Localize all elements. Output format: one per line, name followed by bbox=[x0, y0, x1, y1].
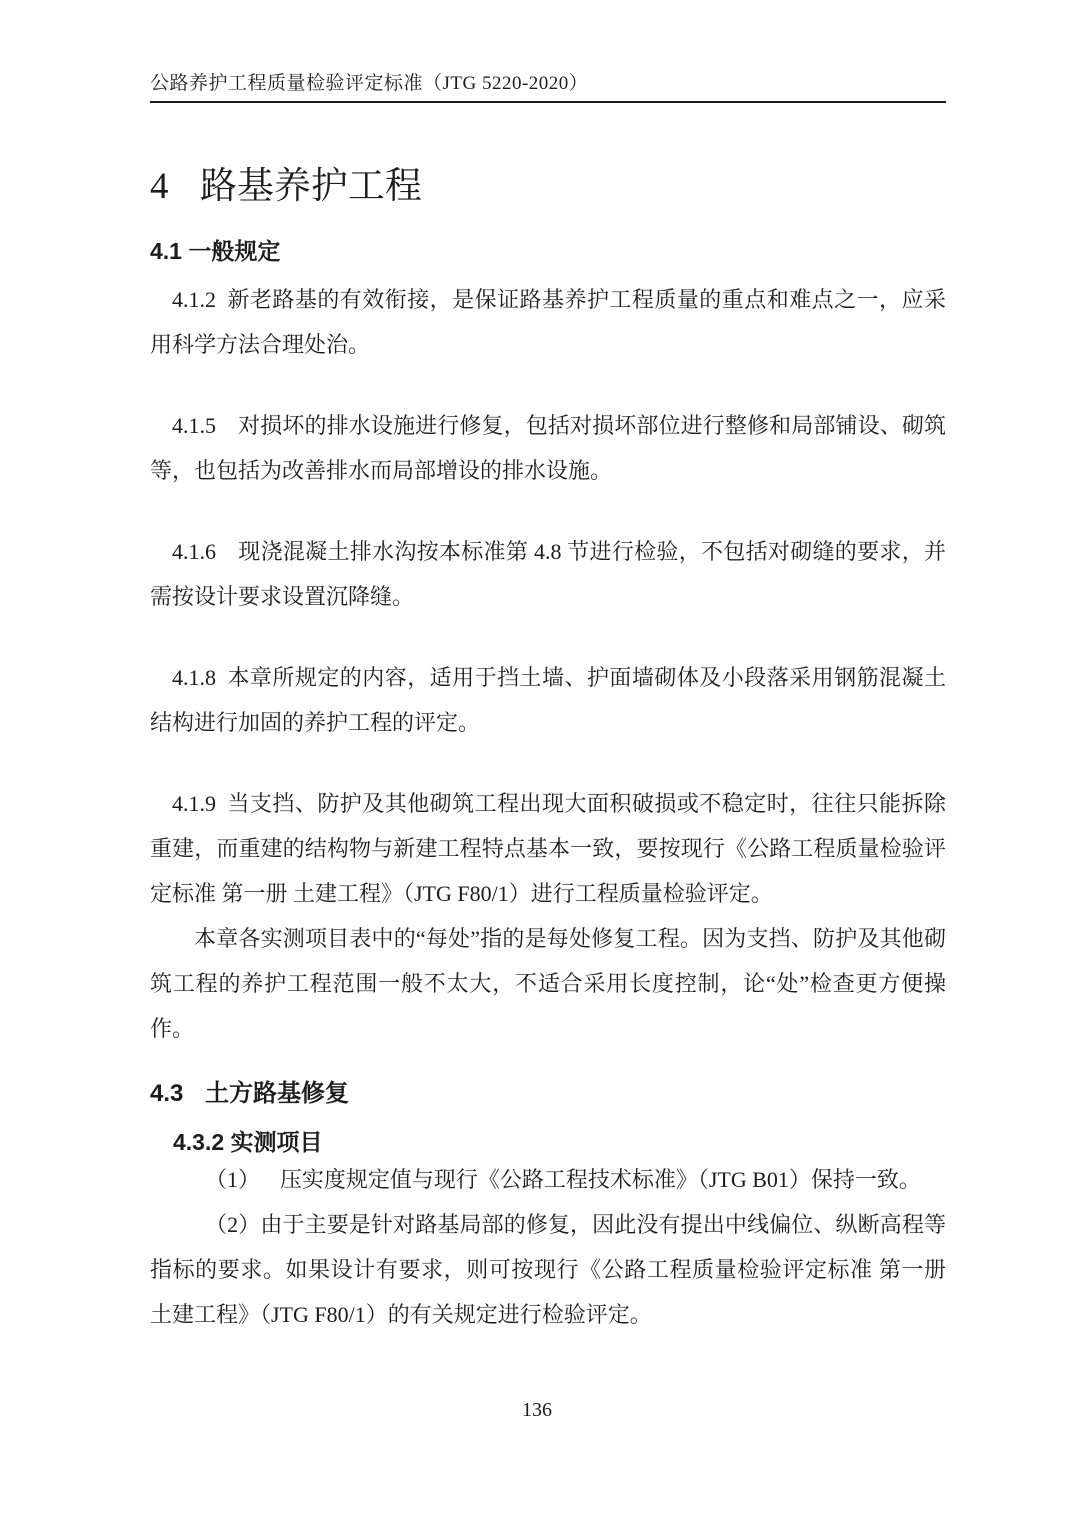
list-item-text: 由于主要是针对路基局部的修复，因此没有提出中线偏位、纵断高程等指标的要求。如果设… bbox=[150, 1212, 946, 1327]
section-heading-4-1: 4.1 一般规定 bbox=[150, 237, 946, 265]
section-heading-4-3: 4.3土方路基修复 bbox=[150, 1079, 946, 1109]
clause-text: 当支挡、防护及其他砌筑工程出现大面积破损或不稳定时，往往只能拆除重建，而重建的结… bbox=[150, 791, 946, 906]
list-item-marker: （2） bbox=[205, 1212, 260, 1237]
page-number: 136 bbox=[0, 1398, 1074, 1422]
section-number: 4.3 bbox=[150, 1080, 183, 1107]
page-content: 公路养护工程质量检验评定标准（JTG 5220-2020） 4路基养护工程 4.… bbox=[150, 0, 946, 1337]
clause-4-1-2: 4.1.2新老路基的有效衔接，是保证路基养护工程质量的重点和难点之一，应采用科学… bbox=[150, 277, 946, 367]
section-heading-4-3-2: 4.3.2 实测项目 bbox=[150, 1127, 946, 1157]
header-rule bbox=[150, 101, 946, 103]
document-page: 公路养护工程质量检验评定标准（JTG 5220-2020） 4路基养护工程 4.… bbox=[0, 0, 1074, 1520]
chapter-number: 4 bbox=[150, 166, 169, 207]
list-item-marker: （1） bbox=[205, 1167, 260, 1192]
clause-number: 4.1.8 bbox=[172, 665, 216, 690]
list-item-2: （2）由于主要是针对路基局部的修复，因此没有提出中线偏位、纵断高程等指标的要求。… bbox=[150, 1202, 946, 1337]
clause-4-1-6: 4.1.6现浇混凝土排水沟按本标准第 4.8 节进行检验，不包括对砌缝的要求，并… bbox=[150, 529, 946, 619]
section-title-text: 土方路基修复 bbox=[205, 1080, 349, 1107]
clause-number: 4.1.5 bbox=[172, 413, 216, 438]
note-paragraph: 本章各实测项目表中的“每处”指的是每处修复工程。因为支挡、防护及其他砌筑工程的养… bbox=[150, 916, 946, 1051]
clause-number: 4.1.6 bbox=[172, 539, 216, 564]
clause-text: 新老路基的有效衔接，是保证路基养护工程质量的重点和难点之一，应采用科学方法合理处… bbox=[150, 287, 946, 357]
chapter-title-text: 路基养护工程 bbox=[200, 166, 422, 207]
clause-4-1-8: 4.1.8本章所规定的内容，适用于挡土墙、护面墙砌体及小段落采用钢筋混凝土结构进… bbox=[150, 655, 946, 745]
running-header-title: 公路养护工程质量检验评定标准（JTG 5220-2020） bbox=[150, 72, 946, 96]
chapter-title: 4路基养护工程 bbox=[150, 163, 946, 211]
list-item-text: 压实度规定值与现行《公路工程技术标准》（JTG B01）保持一致。 bbox=[280, 1167, 921, 1192]
list-item-1: （1）压实度规定值与现行《公路工程技术标准》（JTG B01）保持一致。 bbox=[150, 1157, 946, 1202]
clause-text: 现浇混凝土排水沟按本标准第 4.8 节进行检验，不包括对砌缝的要求，并需按设计要… bbox=[150, 539, 946, 609]
running-header: 公路养护工程质量检验评定标准（JTG 5220-2020） bbox=[150, 0, 946, 103]
clause-number: 4.1.2 bbox=[172, 287, 216, 312]
clause-number: 4.1.9 bbox=[172, 791, 216, 816]
clause-text: 对损坏的排水设施进行修复，包括对损坏部位进行整修和局部铺设、砌筑等，也包括为改善… bbox=[150, 413, 946, 483]
clause-text: 本章所规定的内容，适用于挡土墙、护面墙砌体及小段落采用钢筋混凝土结构进行加固的养… bbox=[150, 665, 946, 735]
clause-4-1-9: 4.1.9当支挡、防护及其他砌筑工程出现大面积破损或不稳定时，往往只能拆除重建，… bbox=[150, 781, 946, 916]
clause-4-1-5: 4.1.5对损坏的排水设施进行修复，包括对损坏部位进行整修和局部铺设、砌筑等，也… bbox=[150, 403, 946, 493]
